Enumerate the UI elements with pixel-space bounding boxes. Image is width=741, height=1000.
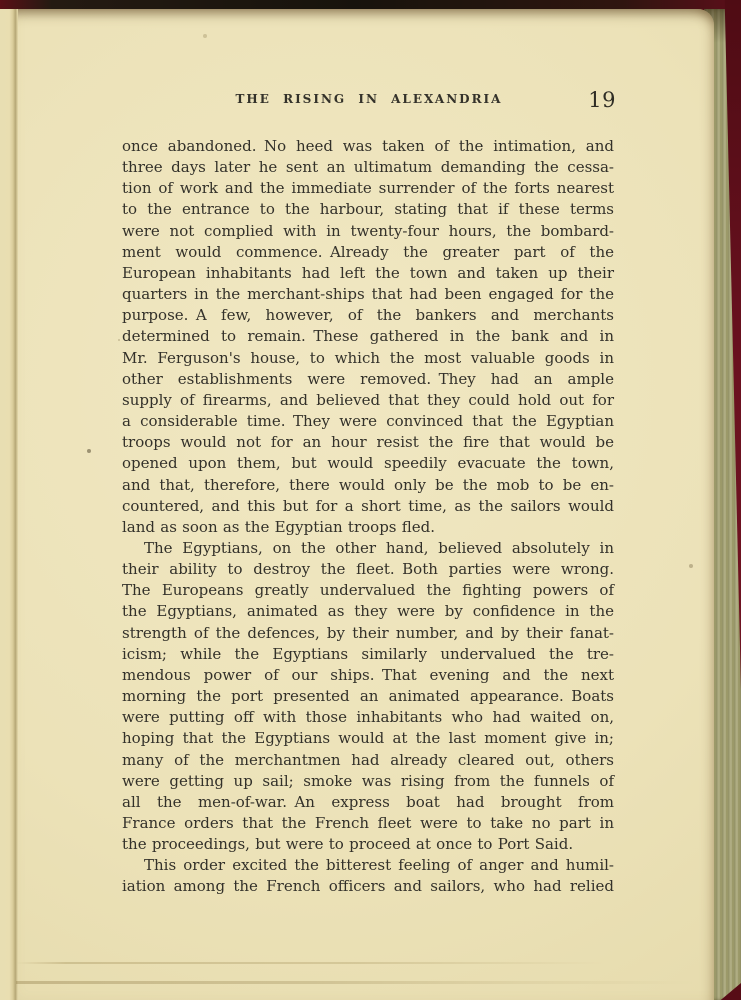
text-line: land as soon as the Egyptian troops fled… [122, 517, 614, 538]
text-line: their ability to destroy the fleet. Both… [122, 559, 614, 580]
text-line: many of the merchantmen had already clea… [122, 750, 614, 771]
text-line: troops would not for an hour resist the … [122, 432, 614, 453]
text-line: were getting up sail; smoke was rising f… [122, 771, 614, 792]
text-line: opened upon them, but would speedily eva… [122, 453, 614, 474]
text-line: were not complied with in twenty-four ho… [122, 221, 614, 242]
text-line: France orders that the French fleet were… [122, 813, 614, 834]
text-line: Mr. Ferguson's house, to which the most … [122, 348, 614, 369]
page-number: 19 [588, 88, 616, 112]
text-line: icism; while the Egyptians similarly und… [122, 644, 614, 665]
paper-crease [16, 981, 696, 984]
text-line: European inhabitants had left the town a… [122, 263, 614, 284]
text-line: quarters in the merchant-ships that had … [122, 284, 614, 305]
scanned-book-page: THE RISING IN ALEXANDRIA 19 once abandon… [0, 0, 741, 1000]
text-line: ment would commence. Already the greater… [122, 242, 614, 263]
text-line: all the men-of-war. An express boat had … [122, 792, 614, 813]
text-line: countered, and this but for a short time… [122, 496, 614, 517]
text-line: purpose. A few, however, of the bankers … [122, 305, 614, 326]
text-line: The Europeans greatly undervalued the fi… [122, 580, 614, 601]
adjacent-page-edge [0, 9, 18, 1000]
book-page: THE RISING IN ALEXANDRIA 19 once abandon… [0, 9, 714, 1000]
text-line: to the entrance to the harbour, stating … [122, 199, 614, 220]
text-line: hoping that the Egyptians would at the l… [122, 728, 614, 749]
running-title: THE RISING IN ALEXANDRIA [122, 92, 616, 106]
text-line: the Egyptians, animated as they were by … [122, 601, 614, 622]
text-line: This order excited the bitterest feeling… [122, 855, 614, 876]
paper-crease [16, 962, 636, 964]
text-line: determined to remain. These gathered in … [122, 326, 614, 347]
text-line: and that, therefore, there would only be… [122, 475, 614, 496]
text-line: iation among the French officers and sai… [122, 876, 614, 897]
text-line: mendous power of our ships. That evening… [122, 665, 614, 686]
text-line: strength of the defences, by their numbe… [122, 623, 614, 644]
text-line: were putting off with those inhabitants … [122, 707, 614, 728]
text-line: supply of firearms, and believed that th… [122, 390, 614, 411]
text-line: three days later he sent an ultimatum de… [122, 157, 614, 178]
page-text: once abandoned. No heed was taken of the… [122, 136, 614, 898]
text-line: a considerable time. They were convinced… [122, 411, 614, 432]
text-line: The Egyptians, on the other hand, believ… [122, 538, 614, 559]
text-line: the proceedings, but were to proceed at … [122, 834, 614, 855]
text-line: tion of work and the immediate surrender… [122, 178, 614, 199]
text-line: once abandoned. No heed was taken of the… [122, 136, 614, 157]
text-line: morning the port presented an animated a… [122, 686, 614, 707]
text-line: other establishments were removed. They … [122, 369, 614, 390]
page-header: THE RISING IN ALEXANDRIA 19 [122, 92, 616, 106]
paper-specks [0, 9, 2, 11]
